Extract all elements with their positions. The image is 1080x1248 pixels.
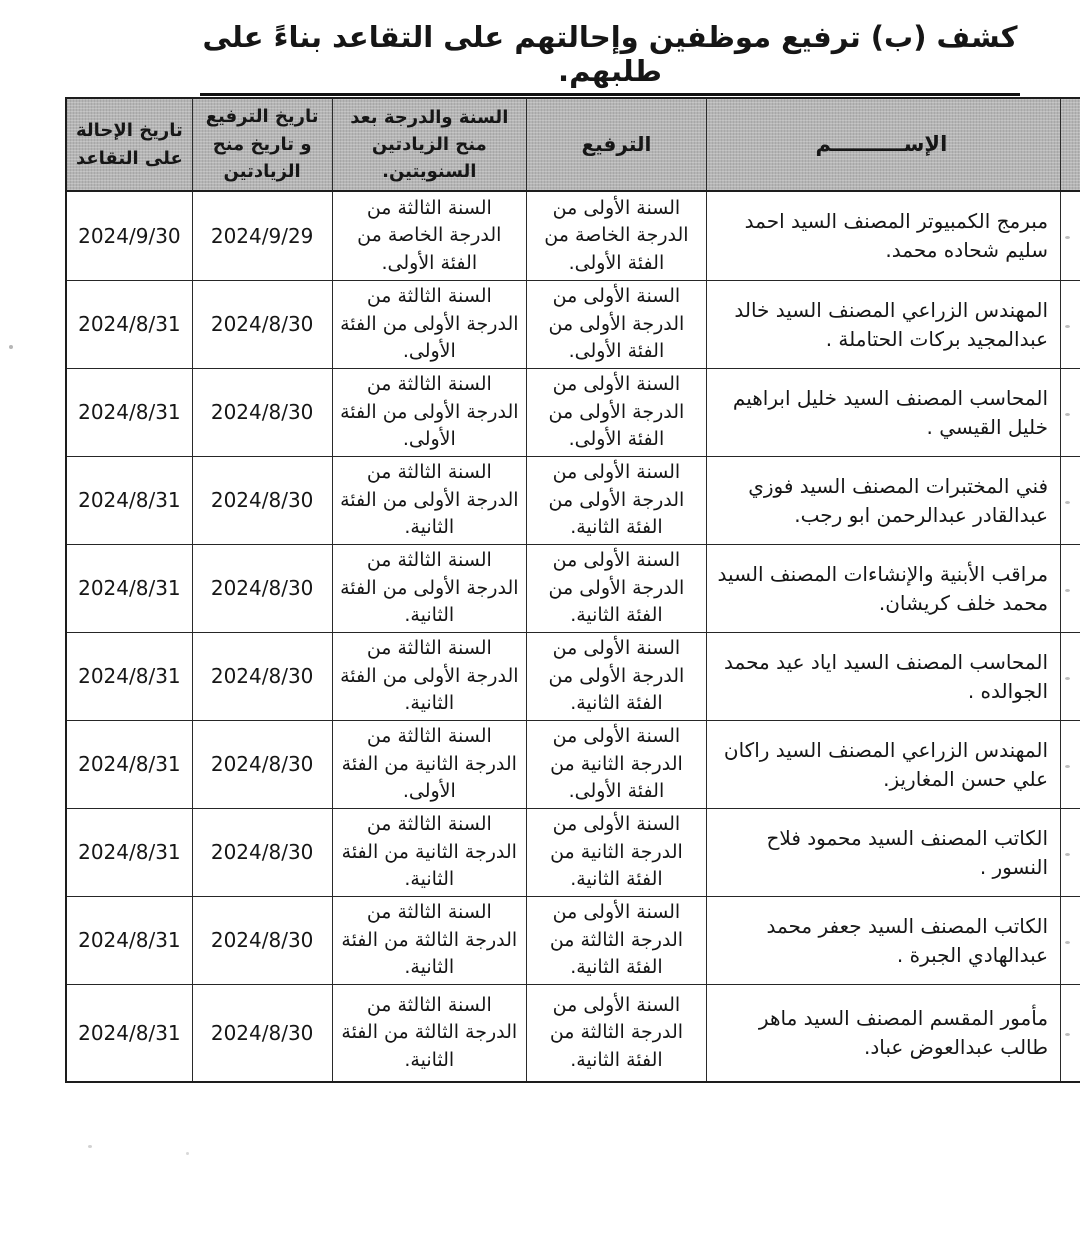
- table-row: مبرمج الكمبيوتر المصنف السيد احمد سليم ش…: [67, 192, 1080, 280]
- row-seq-cell: [1060, 192, 1080, 280]
- table-row: المهندس الزراعي المصنف السيد راكان علي ح…: [67, 720, 1080, 808]
- header-promotion-date: تاريخ الترفيع و تاريخ منح الزيادتين: [192, 99, 332, 190]
- row-name: الكاتب المصنف السيد جعفر محمد عبدالهادي …: [706, 897, 1060, 984]
- page-title: كشف (ب) ترفيع موظفين وإحالتهم على التقاع…: [200, 20, 1020, 96]
- header-retirement-date: تاريخ الإحالة على التقاعد: [67, 99, 192, 190]
- row-promotion: السنة الأولى من الدرجة الأولى من الفئة ا…: [526, 633, 706, 720]
- row-retirement-date: 2024/9/30: [67, 192, 192, 280]
- table-body: مبرمج الكمبيوتر المصنف السيد احمد سليم ش…: [67, 192, 1080, 1081]
- row-promotion-date: 2024/8/30: [192, 457, 332, 544]
- row-promotion-date: 2024/9/29: [192, 192, 332, 280]
- row-promotion: السنة الأولى من الدرجة الأولى من الفئة ا…: [526, 457, 706, 544]
- table-header-row: الإســــــــــم الترفيع السنة والدرجة بع…: [67, 99, 1080, 192]
- header-name: الإســــــــــم: [706, 99, 1060, 190]
- row-after-increments: السنة الثالثة من الدرجة الثانية من الفئة…: [332, 809, 527, 896]
- row-after-increments: السنة الثالثة من الدرجة الأولى من الفئة …: [332, 457, 527, 544]
- row-name: فني المختبرات المصنف السيد فوزي عبدالقاد…: [706, 457, 1060, 544]
- row-after-increments: السنة الثالثة من الدرجة الأولى من الفئة …: [332, 545, 527, 632]
- row-name: مأمور المقسم المصنف السيد ماهر طالب عبدا…: [706, 985, 1060, 1081]
- table-row: الكاتب المصنف السيد جعفر محمد عبدالهادي …: [67, 896, 1080, 984]
- table-row: الكاتب المصنف السيد محمود فلاح النسور . …: [67, 808, 1080, 896]
- row-promotion: السنة الأولى من الدرجة الثانية من الفئة …: [526, 721, 706, 808]
- row-promotion: السنة الأولى من الدرجة الثالثة من الفئة …: [526, 985, 706, 1081]
- row-promotion: السنة الأولى من الدرجة الثانية من الفئة …: [526, 809, 706, 896]
- row-seq-cell: [1060, 457, 1080, 544]
- row-retirement-date: 2024/8/31: [67, 809, 192, 896]
- row-seq-cell: [1060, 633, 1080, 720]
- row-seq-cell: [1060, 721, 1080, 808]
- row-after-increments: السنة الثالثة من الدرجة الثالثة من الفئة…: [332, 985, 527, 1081]
- row-name: المهندس الزراعي المصنف السيد راكان علي ح…: [706, 721, 1060, 808]
- row-retirement-date: 2024/8/31: [67, 545, 192, 632]
- table-row: المحاسب المصنف السيد خليل ابراهيم خليل ا…: [67, 368, 1080, 456]
- row-promotion-date: 2024/8/30: [192, 545, 332, 632]
- scan-speck: [9, 345, 13, 349]
- page-title-text: كشف (ب) ترفيع موظفين وإحالتهم على التقاع…: [200, 20, 1020, 96]
- scan-speck: [186, 1152, 189, 1155]
- row-promotion-date: 2024/8/30: [192, 985, 332, 1081]
- row-seq-cell: [1060, 985, 1080, 1081]
- row-retirement-date: 2024/8/31: [67, 457, 192, 544]
- row-seq-cell: [1060, 545, 1080, 632]
- row-after-increments: السنة الثالثة من الدرجة الثالثة من الفئة…: [332, 897, 527, 984]
- row-seq-cell: [1060, 809, 1080, 896]
- row-promotion-date: 2024/8/30: [192, 633, 332, 720]
- row-name: المهندس الزراعي المصنف السيد خالد عبدالم…: [706, 281, 1060, 368]
- row-after-increments: السنة الثالثة من الدرجة الأولى من الفئة …: [332, 633, 527, 720]
- row-name: المحاسب المصنف السيد خليل ابراهيم خليل ا…: [706, 369, 1060, 456]
- header-seq-cell: [1060, 99, 1080, 190]
- table-row: مراقب الأبنية والإنشاءات المصنف السيد مح…: [67, 544, 1080, 632]
- row-promotion: السنة الأولى من الدرجة الأولى من الفئة ا…: [526, 369, 706, 456]
- row-promotion-date: 2024/8/30: [192, 721, 332, 808]
- row-retirement-date: 2024/8/31: [67, 721, 192, 808]
- row-promotion-date: 2024/8/30: [192, 809, 332, 896]
- table-row: مأمور المقسم المصنف السيد ماهر طالب عبدا…: [67, 984, 1080, 1081]
- row-retirement-date: 2024/8/31: [67, 281, 192, 368]
- table-row: فني المختبرات المصنف السيد فوزي عبدالقاد…: [67, 456, 1080, 544]
- row-name: المحاسب المصنف السيد اياد عيد محمد الجوا…: [706, 633, 1060, 720]
- row-seq-cell: [1060, 281, 1080, 368]
- table-row: المحاسب المصنف السيد اياد عيد محمد الجوا…: [67, 632, 1080, 720]
- promotions-retirement-table: الإســــــــــم الترفيع السنة والدرجة بع…: [65, 97, 1080, 1083]
- row-retirement-date: 2024/8/31: [67, 633, 192, 720]
- row-promotion-date: 2024/8/30: [192, 369, 332, 456]
- row-promotion-date: 2024/8/30: [192, 281, 332, 368]
- row-after-increments: السنة الثالثة من الدرجة الأولى من الفئة …: [332, 281, 527, 368]
- row-retirement-date: 2024/8/31: [67, 897, 192, 984]
- row-retirement-date: 2024/8/31: [67, 369, 192, 456]
- row-after-increments: السنة الثالثة من الدرجة الثانية من الفئة…: [332, 721, 527, 808]
- row-seq-cell: [1060, 369, 1080, 456]
- row-promotion: السنة الأولى من الدرجة الأولى من الفئة ا…: [526, 281, 706, 368]
- row-seq-cell: [1060, 897, 1080, 984]
- row-promotion: السنة الأولى من الدرجة الخاصة من الفئة ا…: [526, 192, 706, 280]
- header-promotion: الترفيع: [526, 99, 706, 190]
- scan-speck: [88, 1145, 92, 1148]
- row-promotion: السنة الأولى من الدرجة الأولى من الفئة ا…: [526, 545, 706, 632]
- row-promotion-date: 2024/8/30: [192, 897, 332, 984]
- row-after-increments: السنة الثالثة من الدرجة الأولى من الفئة …: [332, 369, 527, 456]
- row-promotion: السنة الأولى من الدرجة الثالثة من الفئة …: [526, 897, 706, 984]
- header-after-increments: السنة والدرجة بعد منح الزيادتين السنويتي…: [332, 99, 527, 190]
- table-row: المهندس الزراعي المصنف السيد خالد عبدالم…: [67, 280, 1080, 368]
- row-name: مراقب الأبنية والإنشاءات المصنف السيد مح…: [706, 545, 1060, 632]
- row-retirement-date: 2024/8/31: [67, 985, 192, 1081]
- row-after-increments: السنة الثالثة من الدرجة الخاصة من الفئة …: [332, 192, 527, 280]
- row-name: مبرمج الكمبيوتر المصنف السيد احمد سليم ش…: [706, 192, 1060, 280]
- row-name: الكاتب المصنف السيد محمود فلاح النسور .: [706, 809, 1060, 896]
